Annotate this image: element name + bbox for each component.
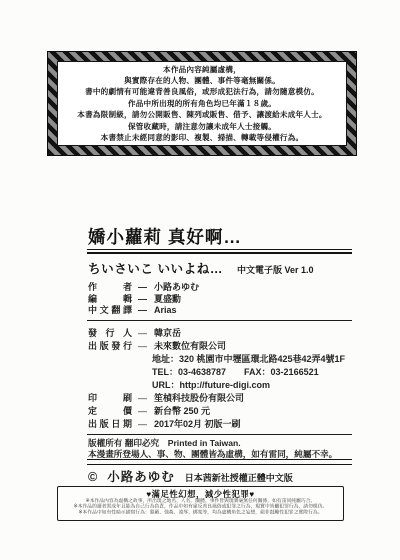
license-note: 日本茜新社授權正體中文版 — [185, 471, 293, 484]
dash-separator: — — [138, 392, 147, 405]
pub-date-row: 出版日期 — 2017年02月 初版一刷 — [88, 418, 345, 431]
dash-separator: — — [138, 418, 147, 431]
dash-separator: — — [138, 305, 147, 317]
copyright-line: 版權所有 翻印必究 Printed in Taiwan. — [88, 438, 337, 449]
credit-row-author: 作者 — 小路あゆむ — [88, 282, 199, 294]
publishing-label: 印刷 — [88, 392, 132, 405]
section-divider — [87, 320, 352, 321]
warning-line: 與實際存在的人物、團體、事件等毫無關係。 — [58, 75, 346, 86]
copyright-symbol: © — [88, 470, 97, 484]
license-line: © 小路あゆむ 日本茜新社授權正體中文版 — [88, 467, 293, 485]
warning-text-panel: 本作品內容純屬虛構， 與實際存在的人物、團體、事件等毫無關係。 書中的劇情有可能… — [57, 61, 347, 146]
warning-line: 本作品內容純屬虛構， — [58, 64, 346, 75]
disclaimer-box: ♥滿足性幻想，減少性犯罪♥ ※本作品內容為虛構之故事，所出現之地名、人名、團體、… — [57, 486, 344, 521]
book-title-zh: 嬌小蘿莉 真好啊… — [88, 224, 242, 249]
publishing-label: 發行人 — [88, 327, 132, 340]
publishing-label: 定價 — [88, 405, 132, 418]
edition-label: 中文電子版 Ver 1.0 — [237, 263, 314, 276]
disclaimer-heading: ♥滿足性幻想，減少性犯罪♥ — [58, 489, 343, 499]
credit-value: Arias — [154, 305, 177, 317]
credit-row-translator: 中文翻譯 — Arias — [88, 305, 199, 317]
credit-label: 編輯 — [88, 294, 132, 306]
warning-box: 本作品內容純屬虛構， 與實際存在的人物、團體、事件等毫無關係。 書中的劇情有可能… — [48, 52, 356, 155]
publisher-person-row: 發行人 — 韓京岳 — [88, 327, 345, 340]
printer-row: 印刷 — 笙楨科技股份有限公司 — [88, 392, 345, 405]
copyright-line: 本漫畫所登場人、事、物、團體皆為虛構，如有雷同，純屬不幸。 — [88, 449, 337, 460]
dash-separator: — — [138, 327, 147, 340]
warning-line: 本書禁止未經同意的影印、複製、掃描、轉載等侵權行為。 — [58, 132, 346, 143]
credit-label: 中文翻譯 — [88, 305, 132, 317]
section-divider — [87, 434, 352, 435]
dash-separator: — — [138, 282, 147, 294]
subtitle-row: ちいさいこ いいよね… 中文電子版 Ver 1.0 — [88, 258, 352, 277]
double-divider — [87, 459, 352, 465]
publisher-row: 出版發行 — 未來數位有限公司 — [88, 340, 345, 353]
credit-label: 作者 — [88, 282, 132, 294]
publisher-address: 地址：320 桃園市中壢區環北路425巷42弄4號1F — [152, 353, 345, 366]
publisher-person: 韓京岳 — [154, 327, 181, 340]
publisher-tel-fax: TEL：03-4638787 FAX：03-2166521 — [152, 366, 345, 379]
book-title-jp: ちいさいこ いいよね… — [88, 258, 223, 277]
printer-name: 笙楨科技股份有限公司 — [154, 392, 244, 405]
publishing-label: 出版發行 — [88, 340, 132, 353]
publisher-name: 未來數位有限公司 — [154, 340, 226, 353]
colophon-page: 本作品內容純屬虛構， 與實際存在的人物、團體、事件等毫無關係。 書中的劇情有可能… — [0, 0, 400, 560]
publishing-section: 發行人 — 韓京岳 出版發行 — 未來數位有限公司 地址：320 桃園市中壢區環… — [88, 327, 345, 431]
price-row: 定價 — 新台幣 250 元 — [88, 405, 345, 418]
publishing-label: 出版日期 — [88, 418, 132, 431]
warning-line: 本書為限制級，請勿公開販售、陳列或販售、借予、讓渡給未成年人士。 — [58, 109, 346, 120]
copyright-section: 版權所有 翻印必究 Printed in Taiwan. 本漫畫所登場人、事、物… — [88, 438, 337, 459]
pub-date-value: 2017年02月 初版一刷 — [154, 418, 241, 431]
publisher-url: URL：http://future-digi.com — [152, 379, 345, 392]
warning-line: 書中的劇情有可能違背善良風俗，或形成犯法行為，請勿隨意模仿。 — [58, 86, 346, 97]
dash-separator: — — [138, 340, 147, 353]
license-author: 小路あゆむ — [107, 467, 175, 485]
credits-section: 作者 — 小路あゆむ 編輯 — 夏盛勳 中文翻譯 — Arias — [88, 282, 199, 317]
disclaimer-fine-print: ※本作品內容為虛構之故事，所出現之地名、人名、團體、事件皆與現實毫無任何關係，如… — [64, 499, 338, 516]
credit-row-editor: 編輯 — 夏盛勳 — [88, 294, 199, 306]
credit-value: 小路あゆむ — [154, 282, 199, 294]
warning-line: 作品中所出現的所有角色均已年滿１８歲。 — [58, 98, 346, 109]
warning-line: 保管收藏時，請注意勿讓未成年人士接觸。 — [58, 121, 346, 132]
dash-separator: — — [138, 405, 147, 418]
price-value: 新台幣 250 元 — [154, 405, 210, 418]
credit-value: 夏盛勳 — [154, 294, 181, 306]
dash-separator: — — [138, 294, 147, 306]
title-divider — [87, 249, 352, 254]
fine-print-line: ※本作品中如有性暗示描寫行為：猥褻、強姦、凌辱、綁架等，均為虛構角色之妄想，絕非… — [64, 510, 338, 516]
